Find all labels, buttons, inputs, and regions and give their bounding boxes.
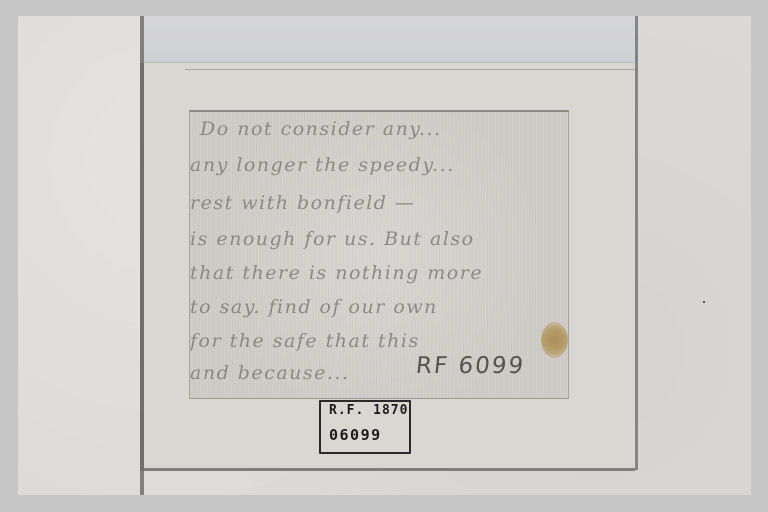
board-speck (703, 301, 705, 303)
handwriting-line: that there is nothing more (190, 262, 568, 284)
mount-top-flap (144, 16, 635, 63)
handwriting-line: is enough for us. But also (190, 228, 568, 250)
handwriting-line: to say. find of our own (190, 296, 568, 318)
handwriting-line: for the safe that this (190, 330, 568, 352)
stain-mark (541, 322, 568, 358)
handwriting-line: rest with bonfield — (190, 192, 568, 214)
stamp-number: 06099 (329, 426, 382, 444)
flap-crease (185, 69, 635, 70)
stamp-line-1: R.F. 1870 (329, 402, 408, 414)
handwriting-line: any longer the speedy... (190, 154, 568, 176)
inventory-number: RF 6099 (415, 353, 527, 379)
handwriting-line: Do not consider any... (200, 118, 569, 140)
collection-stamp: R.F. 1870 06099 (319, 400, 411, 454)
board-right-edge (635, 16, 638, 470)
